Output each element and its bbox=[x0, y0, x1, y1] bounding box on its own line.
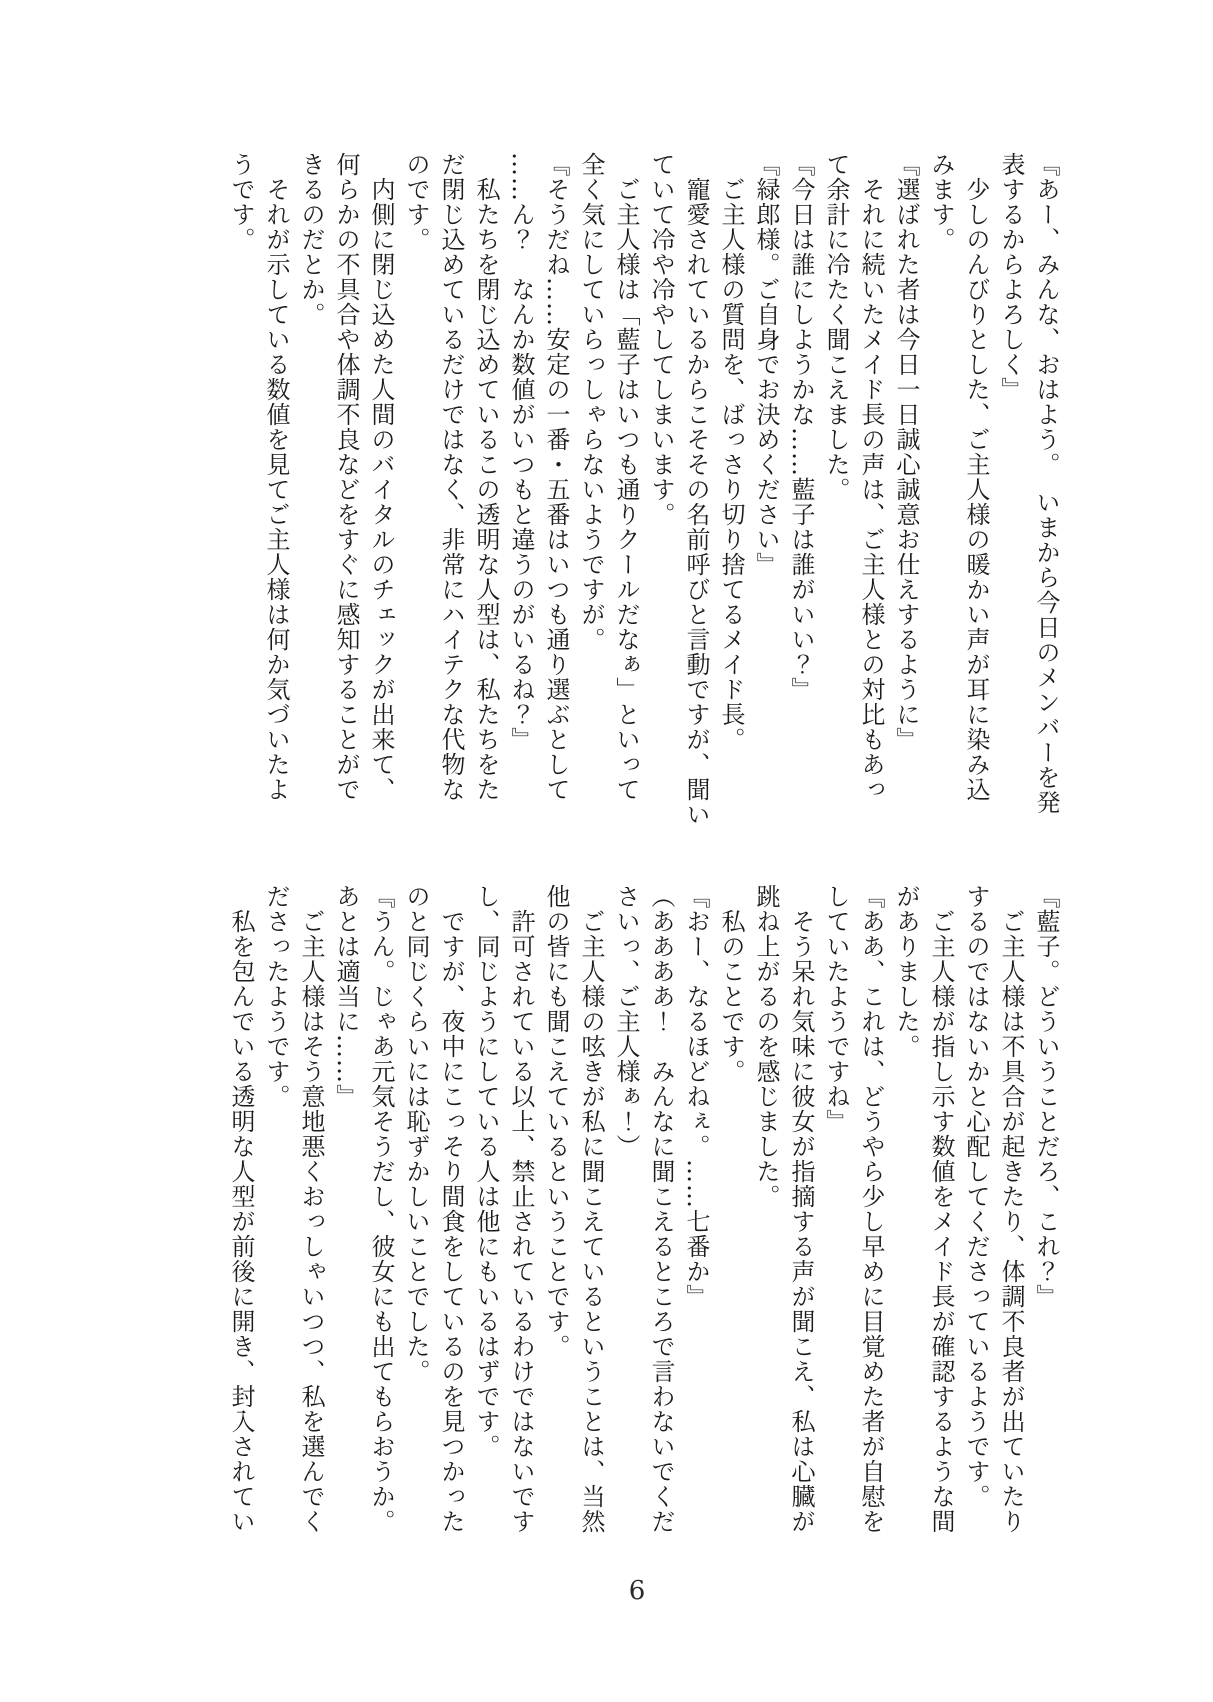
text-column: 『選ばれた者は今日一日誠心誠意お仕えするように』 bbox=[888, 152, 923, 852]
text-column: あとは適当に……』 bbox=[328, 884, 363, 1584]
text-column: 『おー、なるほどねぇ。……七番か』 bbox=[678, 884, 713, 1584]
text-column: そう呆れ気味に彼女が指摘する声が聞こえ、私は心臓が bbox=[783, 884, 818, 1584]
text-column: 何らかの不具合や体調不良などをすぐに感知することがで bbox=[328, 152, 363, 852]
top-text-block: 『あー、みんな、おはよう。 いまから今日のメンバーを発表するからよろしく』 少し… bbox=[223, 152, 1063, 852]
text-column: 『ああ、これは、どうやら少し早めに目覚めた者が自慰を bbox=[853, 884, 888, 1584]
text-column: 寵愛されているからこそその名前呼びと言動ですが、聞い bbox=[678, 152, 713, 852]
text-column: し、同じようにしている人は他にもいるはずです。 bbox=[468, 884, 503, 1584]
text-column: うです。 bbox=[223, 152, 258, 852]
text-column: ださったようです。 bbox=[258, 884, 293, 1584]
text-column: ご主人様の呟きが私に聞こえているということは、当然 bbox=[573, 884, 608, 1584]
text-column: て余計に冷たく聞こえました。 bbox=[818, 152, 853, 852]
text-column: ですが、夜中にこっそり間食をしているのを見つかった bbox=[433, 884, 468, 1584]
page-number: 6 bbox=[0, 1576, 1213, 1606]
text-column: 内側に閉じ込めた人間のバイタルのチェックが出来て、 bbox=[363, 152, 398, 852]
text-column: ご主人様が指し示す数値をメイド長が確認するような間 bbox=[923, 884, 958, 1584]
text-column: するのではないかと心配してくださっているようです。 bbox=[958, 884, 993, 1584]
text-column: 私のことです。 bbox=[713, 884, 748, 1584]
text-column: 『緑郎様。ご自身でお決めください』 bbox=[748, 152, 783, 852]
text-column: ご主人様は「藍子はいつも通りクールだなぁ」といって bbox=[608, 152, 643, 852]
text-column: 表するからよろしく』 bbox=[993, 152, 1028, 852]
text-column: 少しのんびりとした、ご主人様の暖かい声が耳に染み込 bbox=[958, 152, 993, 852]
text-column: さいっ、ご主人様ぁ！） bbox=[608, 884, 643, 1584]
text-column: 『うん。じゃあ元気そうだし、彼女にも出てもらおうか。 bbox=[363, 884, 398, 1584]
text-column: していたようですね』 bbox=[818, 884, 853, 1584]
text-column: みます。 bbox=[923, 152, 958, 852]
text-column: それに続いたメイド長の声は、ご主人様との対比もあっ bbox=[853, 152, 888, 852]
text-column: 全く気にしていらっしゃらないようですが。 bbox=[573, 152, 608, 852]
text-column: のと同じくらいには恥ずかしいことでした。 bbox=[398, 884, 433, 1584]
text-column: 『今日は誰にしようかな……藍子は誰がいい？』 bbox=[783, 152, 818, 852]
text-column: 跳ね上がるのを感じました。 bbox=[748, 884, 783, 1584]
document-page: 『あー、みんな、おはよう。 いまから今日のメンバーを発表するからよろしく』 少し… bbox=[0, 0, 1213, 1702]
text-column: 私を包んでいる透明な人型が前後に開き、封入されてい bbox=[223, 884, 258, 1584]
text-column: ていて冷や冷やしてしまいます。 bbox=[643, 152, 678, 852]
text-column: 『そうだね……安定の一番・五番はいつも通り選ぶとして bbox=[538, 152, 573, 852]
text-column: のです。 bbox=[398, 152, 433, 852]
text-column: 『藍子。どういうことだろ、これ？』 bbox=[1028, 884, 1063, 1584]
text-column: だ閉じ込めているだけではなく、非常にハイテクな代物な bbox=[433, 152, 468, 852]
bottom-text-block: 『藍子。どういうことだろ、これ？』 ご主人様は不具合が起きたり、体調不良者が出て… bbox=[223, 884, 1063, 1584]
text-column: 許可されている以上、禁止されているわけではないです bbox=[503, 884, 538, 1584]
text-column: 『あー、みんな、おはよう。 いまから今日のメンバーを発 bbox=[1028, 152, 1063, 852]
text-column: ご主人様の質問を、ばっさり切り捨てるメイド長。 bbox=[713, 152, 748, 852]
text-column: きるのだとか。 bbox=[293, 152, 328, 852]
text-column: ご主人様はそう意地悪くおっしゃいつつ、私を選んでく bbox=[293, 884, 328, 1584]
text-column: それが示している数値を見てご主人様は何か気づいたよ bbox=[258, 152, 293, 852]
text-column: ……ん？ なんか数値がいつもと違うのがいるね？』 bbox=[503, 152, 538, 852]
text-column: がありました。 bbox=[888, 884, 923, 1584]
text-column: ご主人様は不具合が起きたり、体調不良者が出ていたり bbox=[993, 884, 1028, 1584]
text-column: 私たちを閉じ込めているこの透明な人型は、私たちをた bbox=[468, 152, 503, 852]
text-column: （ああああ！ みんなに聞こえるところで言わないでくだ bbox=[643, 884, 678, 1584]
text-column: 他の皆にも聞こえているということです。 bbox=[538, 884, 573, 1584]
